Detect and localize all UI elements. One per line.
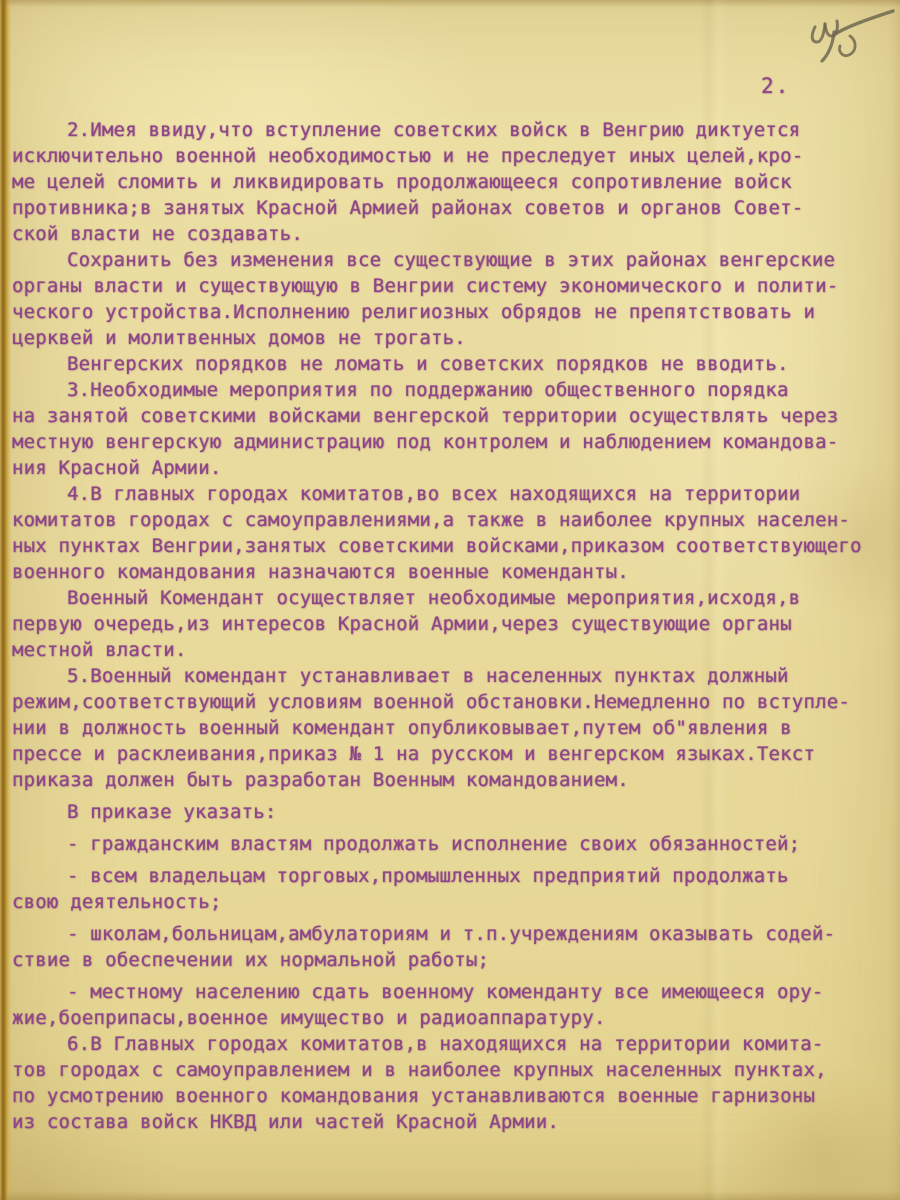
text-line: по усмотрению военного командования уста… — [12, 1083, 888, 1109]
page-number: 2. — [761, 74, 790, 98]
text-line: прессе и расклеивания,приказ № 1 на русс… — [12, 741, 888, 767]
text-line: жие,боеприпасы,военное имущество и радио… — [12, 1005, 888, 1031]
paragraph: - школам,больницам,амбулаториям и т.п.уч… — [12, 921, 888, 973]
text-line: нии в должность военный комендант опубли… — [12, 715, 888, 741]
text-line: 3.Необходимые мероприятия по поддержанию… — [12, 377, 888, 403]
text-line: исключительно военной необходимостью и н… — [12, 143, 888, 169]
text-line: органы власти и существующую в Венгрии с… — [12, 273, 888, 299]
paragraph: Венгерских порядков не ломать и советски… — [12, 351, 888, 377]
text-line: - местному населению сдать военному коме… — [12, 979, 888, 1005]
text-line: приказа должен быть разработан Военным к… — [12, 767, 888, 793]
text-line: ской власти не создавать. — [12, 221, 888, 247]
text-line: первую очередь,из интересов Красной Арми… — [12, 611, 888, 637]
text-line: военного командования назначаются военны… — [12, 559, 888, 585]
text-line: режим,соответствующий условиям военной о… — [12, 689, 888, 715]
paragraph: 5.Военный комендант устанавливает в насе… — [12, 663, 888, 793]
text-line: 6.В Главных городах комитатов,в находящи… — [12, 1031, 888, 1057]
paragraph: - местному населению сдать военному коме… — [12, 979, 888, 1031]
text-line: Военный Комендант осуществляет необходим… — [12, 585, 888, 611]
text-line: комитатов городах с самоуправлениями,а т… — [12, 507, 888, 533]
text-line: - школам,больницам,амбулаториям и т.п.уч… — [12, 921, 888, 947]
text-line: ческого устройства.Исполнению религиозны… — [12, 299, 888, 325]
text-line: Венгерских порядков не ломать и советски… — [12, 351, 888, 377]
text-line: противника;в занятых Красной Армией райо… — [12, 195, 888, 221]
document-page: 2. 2.Имея ввиду,что вступление советских… — [0, 0, 900, 1200]
text-line: 4.В главных городах комитатов,во всех на… — [12, 481, 888, 507]
paragraph: - гражданским властям продолжать исполне… — [12, 831, 888, 857]
text-line: ных пунктах Венгрии,занятых советскими в… — [12, 533, 888, 559]
text-line: - гражданским властям продолжать исполне… — [12, 831, 888, 857]
paper-top-edge — [0, 0, 900, 7]
paragraph: 6.В Главных городах комитатов,в находящи… — [12, 1031, 888, 1135]
text-line: - всем владельцам торговых,промышленных … — [12, 863, 888, 889]
paragraph: 4.В главных городах комитатов,во всех на… — [12, 481, 888, 585]
text-line: Сохранить без изменения все существующие… — [12, 247, 888, 273]
text-line: церквей и молитвенных домов не трогать. — [12, 325, 888, 351]
text-line: 2.Имея ввиду,что вступление советских во… — [12, 117, 888, 143]
text-line: свою деятельность; — [12, 889, 888, 915]
text-line: из состава войск НКВД или частей Красной… — [12, 1109, 888, 1135]
paragraph: Военный Комендант осуществляет необходим… — [12, 585, 888, 663]
text-line: В приказе указать: — [12, 799, 888, 825]
paragraph: В приказе указать: — [12, 799, 888, 825]
text-line: местную венгерскую администрацию под кон… — [12, 429, 888, 455]
text-line: на занятой советскими войсками венгерско… — [12, 403, 888, 429]
handwritten-pencil-number — [778, 8, 900, 82]
text-line: ствие в обеспечении их нормальной работы… — [12, 947, 888, 973]
document-body: 2.Имея ввиду,что вступление советских во… — [12, 117, 888, 1135]
paragraph: 2.Имея ввиду,что вступление советских во… — [12, 117, 888, 247]
text-line: местной власти. — [12, 637, 888, 663]
text-line: ния Красной Армии. — [12, 455, 888, 481]
text-line: 5.Военный комендант устанавливает в насе… — [12, 663, 888, 689]
paragraph: - всем владельцам торговых,промышленных … — [12, 863, 888, 915]
text-line: ме целей сломить и ликвидировать продолж… — [12, 169, 888, 195]
paper-left-edge — [0, 0, 11, 1200]
paragraph: Сохранить без изменения все существующие… — [12, 247, 888, 351]
paragraph: 3.Необходимые мероприятия по поддержанию… — [12, 377, 888, 481]
paper-bottom-edge — [0, 1191, 900, 1200]
text-line: тов городах с самоуправлением и в наибол… — [12, 1057, 888, 1083]
